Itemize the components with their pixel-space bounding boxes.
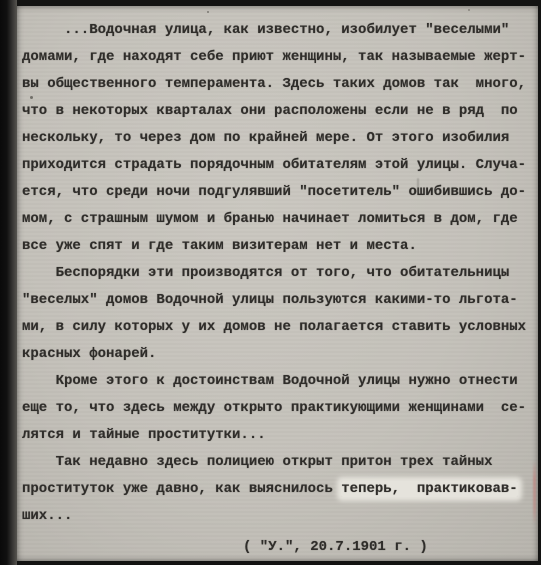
text-segment: нескольку, то через дом по крайней мере.…: [22, 130, 509, 146]
text-line: ...Водочная улица, как известно, изобилу…: [22, 17, 538, 44]
red-margin-mark: [533, 461, 536, 525]
text-segment: вы общественного темперамента. Здесь так…: [22, 76, 526, 92]
scan-left-edge: [0, 0, 17, 565]
text-segment: "веселых" домов Водочной улицы пользуютс…: [22, 292, 518, 308]
text-segment: Кроме этого к достоинствам Водочной улиц…: [22, 373, 518, 389]
text-line: что в некоторых кварталах они расположен…: [22, 98, 538, 125]
text-segment: все уже спят и где таким визитерам нет и…: [22, 238, 417, 254]
text-line: все уже спят и где таким визитерам нет и…: [22, 233, 538, 260]
corrected-text-patch: теперь, практиковав-: [341, 481, 517, 497]
text-segment: мом, с страшным шумом и бранью начинает …: [22, 211, 518, 227]
typewritten-text: ...Водочная улица, как известно, изобилу…: [22, 17, 538, 530]
pencil-mark: [417, 178, 419, 193]
document-page: ...Водочная улица, как известно, изобилу…: [17, 6, 538, 561]
paper-speck: [468, 9, 470, 11]
text-segment: Так недавно здесь полициею открыт притон…: [22, 454, 492, 470]
text-line: приходится страдать порядочным обитателя…: [22, 152, 538, 179]
text-line: лятся и тайные проститутки...: [22, 422, 538, 449]
text-segment: лятся и тайные проститутки...: [22, 427, 266, 443]
text-line: проституток уже давно, как выяснилось те…: [22, 476, 538, 503]
text-segment: Беспорядки эти производятся от того, что…: [22, 265, 509, 281]
text-line: Кроме этого к достоинствам Водочной улиц…: [22, 368, 538, 395]
text-segment: проституток уже давно, как выяснилось: [22, 481, 341, 497]
text-line: нескольку, то через дом по крайней мере.…: [22, 125, 538, 152]
text-segment: домами, где находят себе приют женщины, …: [22, 49, 526, 65]
text-segment: что в некоторых кварталах они расположен…: [22, 103, 518, 119]
text-line: ми, в силу которых у их домов не полагае…: [22, 314, 538, 341]
text-segment: еще то, что здесь между открыто практику…: [22, 400, 526, 416]
text-line: Так недавно здесь полициею открыт притон…: [22, 449, 538, 476]
text-segment: приходится страдать порядочным обитателя…: [22, 157, 526, 173]
text-line: домами, где находят себе приют женщины, …: [22, 44, 538, 71]
text-segment: ми, в силу которых у их домов не полагае…: [22, 319, 526, 335]
text-line: "веселых" домов Водочной улицы пользуютс…: [22, 287, 538, 314]
paper-speck: [207, 11, 209, 13]
text-segment: ется, что среди ночи подгулявший "посети…: [22, 184, 526, 200]
scan-frame: ...Водочная улица, как известно, изобилу…: [0, 0, 541, 565]
text-line: красных фонарей.: [22, 341, 538, 368]
text-line: ших...: [22, 503, 538, 530]
text-line: еще то, что здесь между открыто практику…: [22, 395, 538, 422]
text-line: ется, что среди ночи подгулявший "посети…: [22, 179, 538, 206]
paper-speck: [30, 96, 33, 99]
text-line: вы общественного темперамента. Здесь так…: [22, 71, 538, 98]
text-segment: ших...: [22, 508, 72, 524]
text-line: Беспорядки эти производятся от того, что…: [22, 260, 538, 287]
text-line: мом, с страшным шумом и бранью начинает …: [22, 206, 538, 233]
citation-line: ( "У.", 20.7.1901 г. ): [243, 534, 428, 561]
text-segment: красных фонарей.: [22, 346, 156, 362]
text-segment: ...Водочная улица, как известно, изобилу…: [22, 22, 509, 38]
